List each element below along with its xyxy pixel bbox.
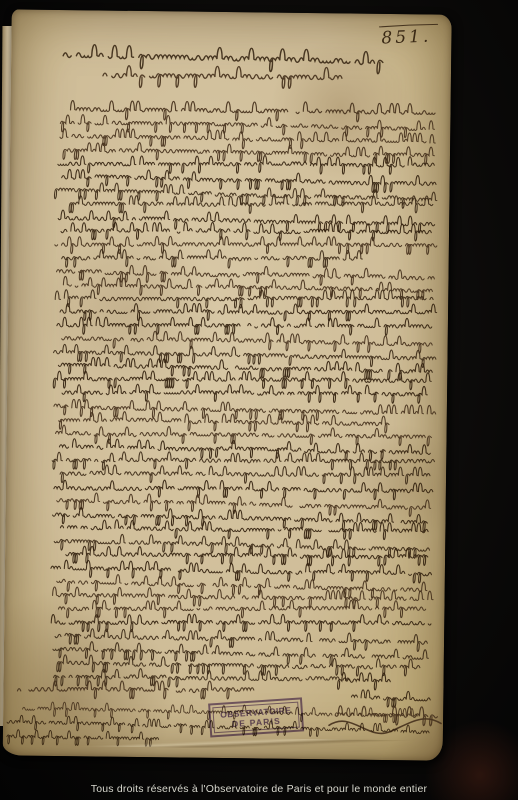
observatoire-stamp: OBSERVATOIRE DE PARIS (208, 697, 304, 737)
manuscript-page: 851. OBSERVATOIRE DE PARIS (3, 9, 452, 760)
archive-photo: 851. OBSERVATOIRE DE PARIS Tous droits r… (0, 0, 518, 800)
page-number: 851. (381, 26, 442, 48)
copyright-caption: Tous droits réservés à l'Observatoire de… (0, 783, 518, 795)
handwriting-svg (3, 9, 452, 760)
observatoire-stamp-frame: OBSERVATOIRE DE PARIS (212, 702, 300, 734)
